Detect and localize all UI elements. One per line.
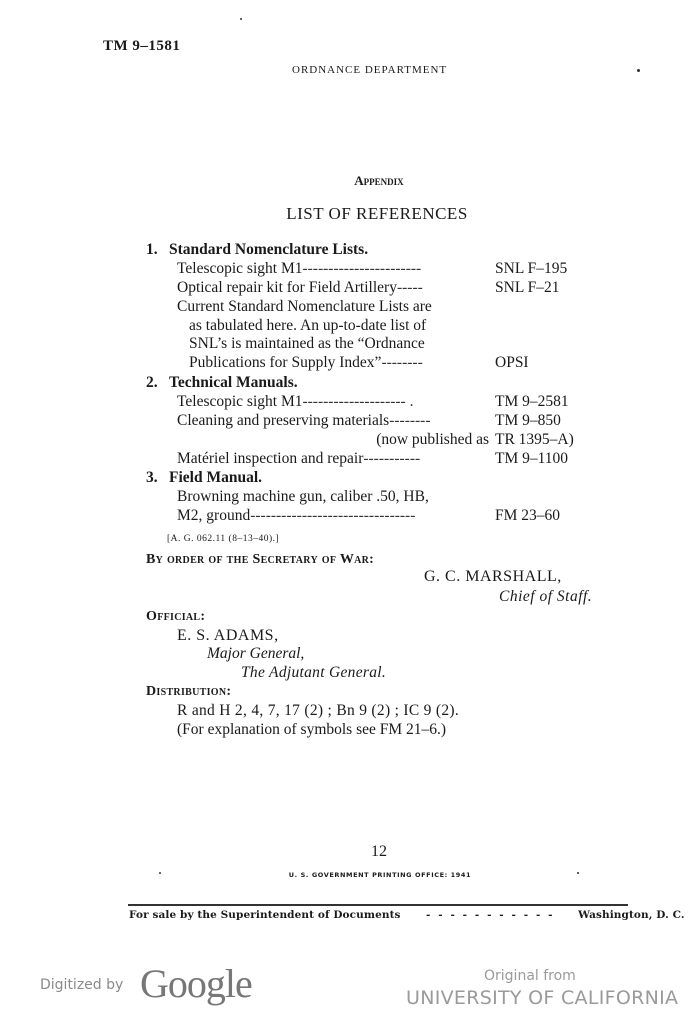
reference-code: TR 1395–A) [495,431,574,449]
order-line: By order of the Secretary of War: [146,552,374,568]
reference-code: TM 9–1100 [495,450,568,468]
original-from-label: Original from [484,968,576,984]
scan-speck [577,872,579,874]
sale-notice-right: Washington, D. C. [578,909,685,921]
snl-note: Current Standard Nomenclature Lists are … [177,298,585,373]
reference-label: Telescopic sight M1 [177,393,302,411]
page-number: 12 [0,843,698,861]
official-label: Official: [146,609,205,625]
note-line: Current Standard Nomenclature Lists are [177,298,585,317]
reference-label: M2, ground [177,507,250,525]
dot-leader: ----------------------- [302,260,421,277]
reference-row: Telescopic sight M1-------------------- … [177,393,585,411]
official-title: The Adjutant General. [241,664,386,682]
file-reference: [A. G. 062.11 (8–13–40).] [167,534,279,544]
reference-row: Browning machine gun, caliber .50, HB, [177,488,585,506]
reference-label: Cleaning and preserving materials [177,412,389,430]
sale-notice-left: For sale by the Superintendent of Docume… [129,909,401,921]
section-heading-3: 3.Field Manual. [146,469,262,487]
scan-speck [159,872,161,874]
dot-leader: -------------------- . [302,393,413,410]
section-title: Field Manual. [169,469,262,486]
digitized-by-label: Digitized by [40,977,123,993]
reference-code: FM 23–60 [495,507,560,525]
sale-notice: For sale by the Superintendent of Docume… [129,909,685,921]
note-line-final: Publications for Supply Index”--------OP… [177,354,585,373]
signatory-title: Chief of Staff. [499,588,592,606]
official-name: E. S. ADAMS, [177,627,279,645]
reference-row: Telescopic sight M1---------------------… [177,260,585,278]
section-title: Standard Nomenclature Lists. [169,241,368,258]
scan-speck [240,18,242,20]
distribution-line: R and H 2, 4, 7, 17 (2) ; Bn 9 (2) ; IC … [177,702,459,720]
section-heading-2: 2.Technical Manuals. [146,374,298,392]
document-code: TM 9–1581 [103,38,180,55]
reference-label: Optical repair kit for Field Artillery [177,279,397,297]
note-line: Publications for Supply Index” [189,354,381,371]
note-line: as tabulated here. An up-to-date list of [177,317,585,336]
official-rank: Major General, [207,645,304,663]
reference-label: (now published as [376,431,489,449]
dot-leader: ----- [397,279,423,296]
institution-name: UNIVERSITY OF CALIFORNIA [406,987,678,1009]
reference-code: TM 9–2581 [495,393,569,411]
reference-row: Matériel inspection and repair----------… [177,450,585,468]
dot-leader: -------------------------------- [250,507,415,524]
distribution-label: Distribution: [146,684,231,700]
dot-leader: ----------- [363,450,420,467]
scan-speck [637,69,640,72]
footer-rule [128,904,628,906]
google-logo: Google [140,960,252,1007]
section-number: 3. [146,469,169,487]
signatory-name: G. C. MARSHALL, [424,568,562,586]
dot-leader: -------- [381,354,422,371]
reference-label: Browning machine gun, caliber .50, HB, [177,488,429,506]
reference-code: SNL F–21 [495,279,559,297]
printer-imprint: U. S. GOVERNMENT PRINTING OFFICE: 1941 [0,871,698,879]
reference-code: OPSI [495,354,529,373]
reference-code: SNL F–195 [495,260,567,278]
reference-code: TM 9–850 [495,412,561,430]
sale-dashes: - - - - - - - - - - - [404,909,574,921]
reference-label: Matériel inspection and repair [177,450,363,468]
page-title: LIST OF REFERENCES [0,204,698,224]
reference-row: M2, ground------------------------------… [177,507,585,525]
reference-row: Cleaning and preserving materials-------… [177,412,585,430]
section-title: Technical Manuals. [169,374,298,391]
section-number: 1. [146,241,169,259]
section-number: 2. [146,374,169,392]
section-heading-1: 1.Standard Nomenclature Lists. [146,241,368,259]
reference-label: Telescopic sight M1 [177,260,302,278]
distribution-explanation: (For explanation of symbols see FM 21–6.… [177,721,446,739]
reference-row: Optical repair kit for Field Artillery--… [177,279,585,297]
note-line: SNL’s is maintained as the “Ordnance [177,335,585,354]
dot-leader: -------- [389,412,430,429]
running-header: ORDNANCE DEPARTMENT [292,64,447,76]
appendix-label: Appendix [0,173,698,189]
